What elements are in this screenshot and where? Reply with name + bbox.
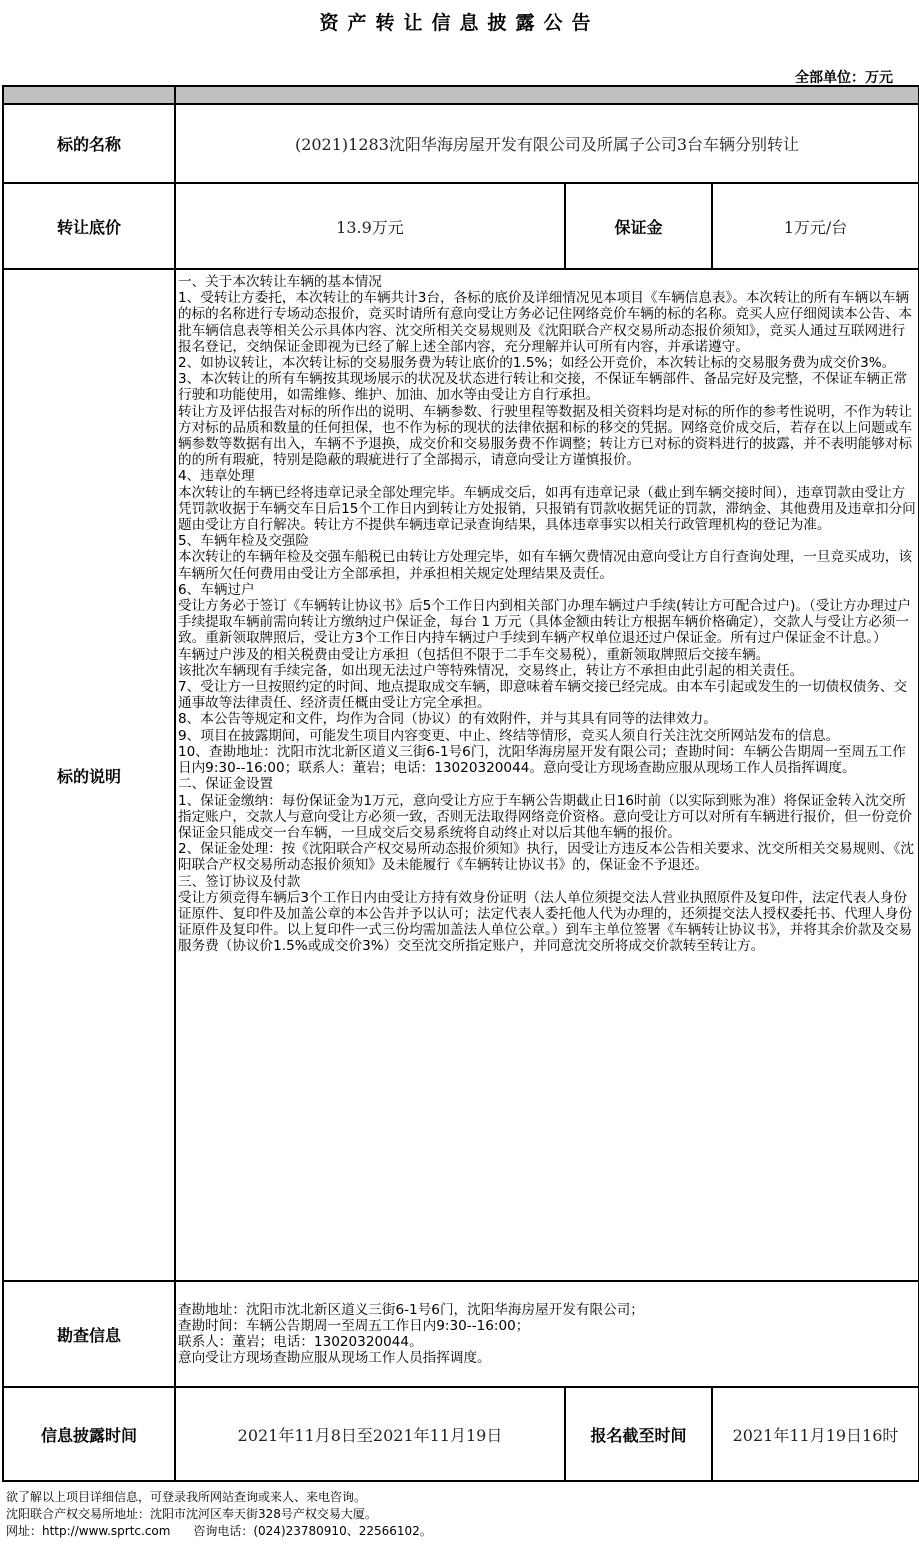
- desc-line: 6、车辆过户: [178, 582, 916, 598]
- table-header-row: [3, 86, 919, 104]
- row-description: 标的说明 一、关于本次转让车辆的基本情况 1、受转让方委托，本次转让的车辆共计3…: [3, 269, 919, 1281]
- footer-note: 欲了解以上项目详细信息，可登录我所网站查询或来人、来电咨询。: [6, 1489, 432, 1506]
- footer-address: 沈阳联合产权交易所地址：沈阳市沈河区奉天街328号产权交易大厦。: [6, 1506, 432, 1523]
- deadline-label: 报名截至时间: [565, 1387, 712, 1481]
- desc-line: 转让方及评估报告对标的所作出的说明、车辆参数、行驶里程等数据及相关资料均是对标的…: [178, 404, 916, 469]
- desc-line: 受让方须竞得车辆后3个工作日内由受让方持有效身份证明（法人单位须提交法人营业执照…: [178, 890, 916, 955]
- desc-line: 8、本公告等规定和文件，均作为合同（协议）的有效附件，并与其具有同等的法律效力。: [178, 711, 916, 727]
- desc-line: 9、项目在披露期间，可能发生项目内容变更、中止、终结等情形，竞买人须自行关注沈交…: [178, 728, 916, 744]
- desc-line: 4、违章处理: [178, 468, 916, 484]
- desc-line: 二、保证金设置: [178, 776, 916, 792]
- page-title: 资产转让信息披露公告: [0, 8, 919, 35]
- description-label: 标的说明: [3, 269, 175, 1281]
- row-price: 转让底价 13.9万元 保证金 1万元/台: [3, 183, 919, 269]
- deadline-value: 2021年11月19日16时: [712, 1387, 919, 1481]
- survey-label: 勘查信息: [3, 1281, 175, 1387]
- desc-line: 5、车辆年检及交强险: [178, 533, 916, 549]
- desc-line: 本次转让的车辆已经将违章记录全部处理完毕。车辆成交后，如再有违章记录（截止到车辆…: [178, 485, 916, 534]
- row-survey: 勘查信息 查勘地址：沈阳市沈北新区道义三街6-1号6门，沈阳华海房屋开发有限公司…: [3, 1281, 919, 1387]
- row-subject-name: 标的名称 (2021)1283沈阳华海房屋开发有限公司及所属子公司3台车辆分别转…: [3, 104, 919, 183]
- desc-line: 2、如协议转让，本次转让标的交易服务费为转让底价的1.5%；如经公开竞价，本次转…: [178, 355, 916, 371]
- desc-line: 本次转让的车辆年检及交强车船税已由转让方处理完毕，如有车辆欠费情况由意向受让方自…: [178, 549, 916, 581]
- desc-line: 2、保证金处理：按《沈阳联合产权交易所动态报价须知》执行，因受让方违反本公告相关…: [178, 841, 916, 873]
- desc-line: 三、签订协议及付款: [178, 874, 916, 890]
- desc-line: 1、保证金缴纳：每份保证金为1万元，意向受让方应于车辆公告期截止日16时前（以实…: [178, 793, 916, 842]
- disclosure-time-value: 2021年11月8日至2021年11月19日: [175, 1387, 565, 1481]
- desc-line: 车辆过户涉及的相关税费由受让方承担（包括但不限于二手车交易税），重新领取牌照后交…: [178, 647, 916, 663]
- desc-line: 7、受让方一旦按照约定的时间、地点提取成交车辆，即意味着车辆交接已经完成。由本车…: [178, 679, 916, 711]
- footer: 欲了解以上项目详细信息，可登录我所网站查询或来人、来电咨询。 沈阳联合产权交易所…: [6, 1489, 432, 1540]
- price-label: 转让底价: [3, 183, 175, 269]
- deposit-label: 保证金: [565, 183, 712, 269]
- survey-line: 联系人：董岩；电话：13020320044。: [178, 1334, 916, 1350]
- survey-line: 意向受让方现场查勘应服从现场工作人员指挥调度。: [178, 1350, 916, 1366]
- desc-line: 3、本次转让的所有车辆按其现场展示的状况及状态进行转让和交接，不保证车辆部件、备…: [178, 371, 916, 403]
- unit-note: 全部单位：万元: [795, 67, 893, 87]
- description-body: 一、关于本次转让车辆的基本情况 1、受转让方委托，本次转让的车辆共计3台，各标的…: [175, 269, 919, 1281]
- desc-line: 1、受转让方委托，本次转让的车辆共计3台，各标的底价及详细情况见本项目《车辆信息…: [178, 290, 916, 355]
- desc-line: 一、关于本次转让车辆的基本情况: [178, 274, 916, 290]
- subject-name-label: 标的名称: [3, 104, 175, 183]
- desc-line: 受让方务必于签订《车辆转让协议书》后5个工作日内到相关部门办理车辆过户手续(转让…: [178, 598, 916, 647]
- desc-line: 该批次车辆现有手续完备，如出现无法过户等特殊情况，交易终止，转让方不承担由此引起…: [178, 663, 916, 679]
- desc-line: 10、查勘地址：沈阳市沈北新区道义三街6-1号6门，沈阳华海房屋开发有限公司；查…: [178, 744, 916, 776]
- survey-line: 查勘时间：车辆公告期周一至周五工作日内9:30--16:00；: [178, 1318, 916, 1334]
- disclosure-time-label: 信息披露时间: [3, 1387, 175, 1481]
- footer-contact: 网址：http://www.sprtc.com 咨询电话：(024)237809…: [6, 1523, 432, 1540]
- survey-body: 查勘地址：沈阳市沈北新区道义三街6-1号6门，沈阳华海房屋开发有限公司； 查勘时…: [175, 1281, 919, 1387]
- survey-line: 查勘地址：沈阳市沈北新区道义三街6-1号6门，沈阳华海房屋开发有限公司；: [178, 1302, 916, 1318]
- row-timing: 信息披露时间 2021年11月8日至2021年11月19日 报名截至时间 202…: [3, 1387, 919, 1481]
- subject-name-value: (2021)1283沈阳华海房屋开发有限公司及所属子公司3台车辆分别转让: [175, 104, 919, 183]
- price-value: 13.9万元: [175, 183, 565, 269]
- deposit-value: 1万元/台: [712, 183, 919, 269]
- disclosure-table: 标的名称 (2021)1283沈阳华海房屋开发有限公司及所属子公司3台车辆分别转…: [2, 85, 919, 1482]
